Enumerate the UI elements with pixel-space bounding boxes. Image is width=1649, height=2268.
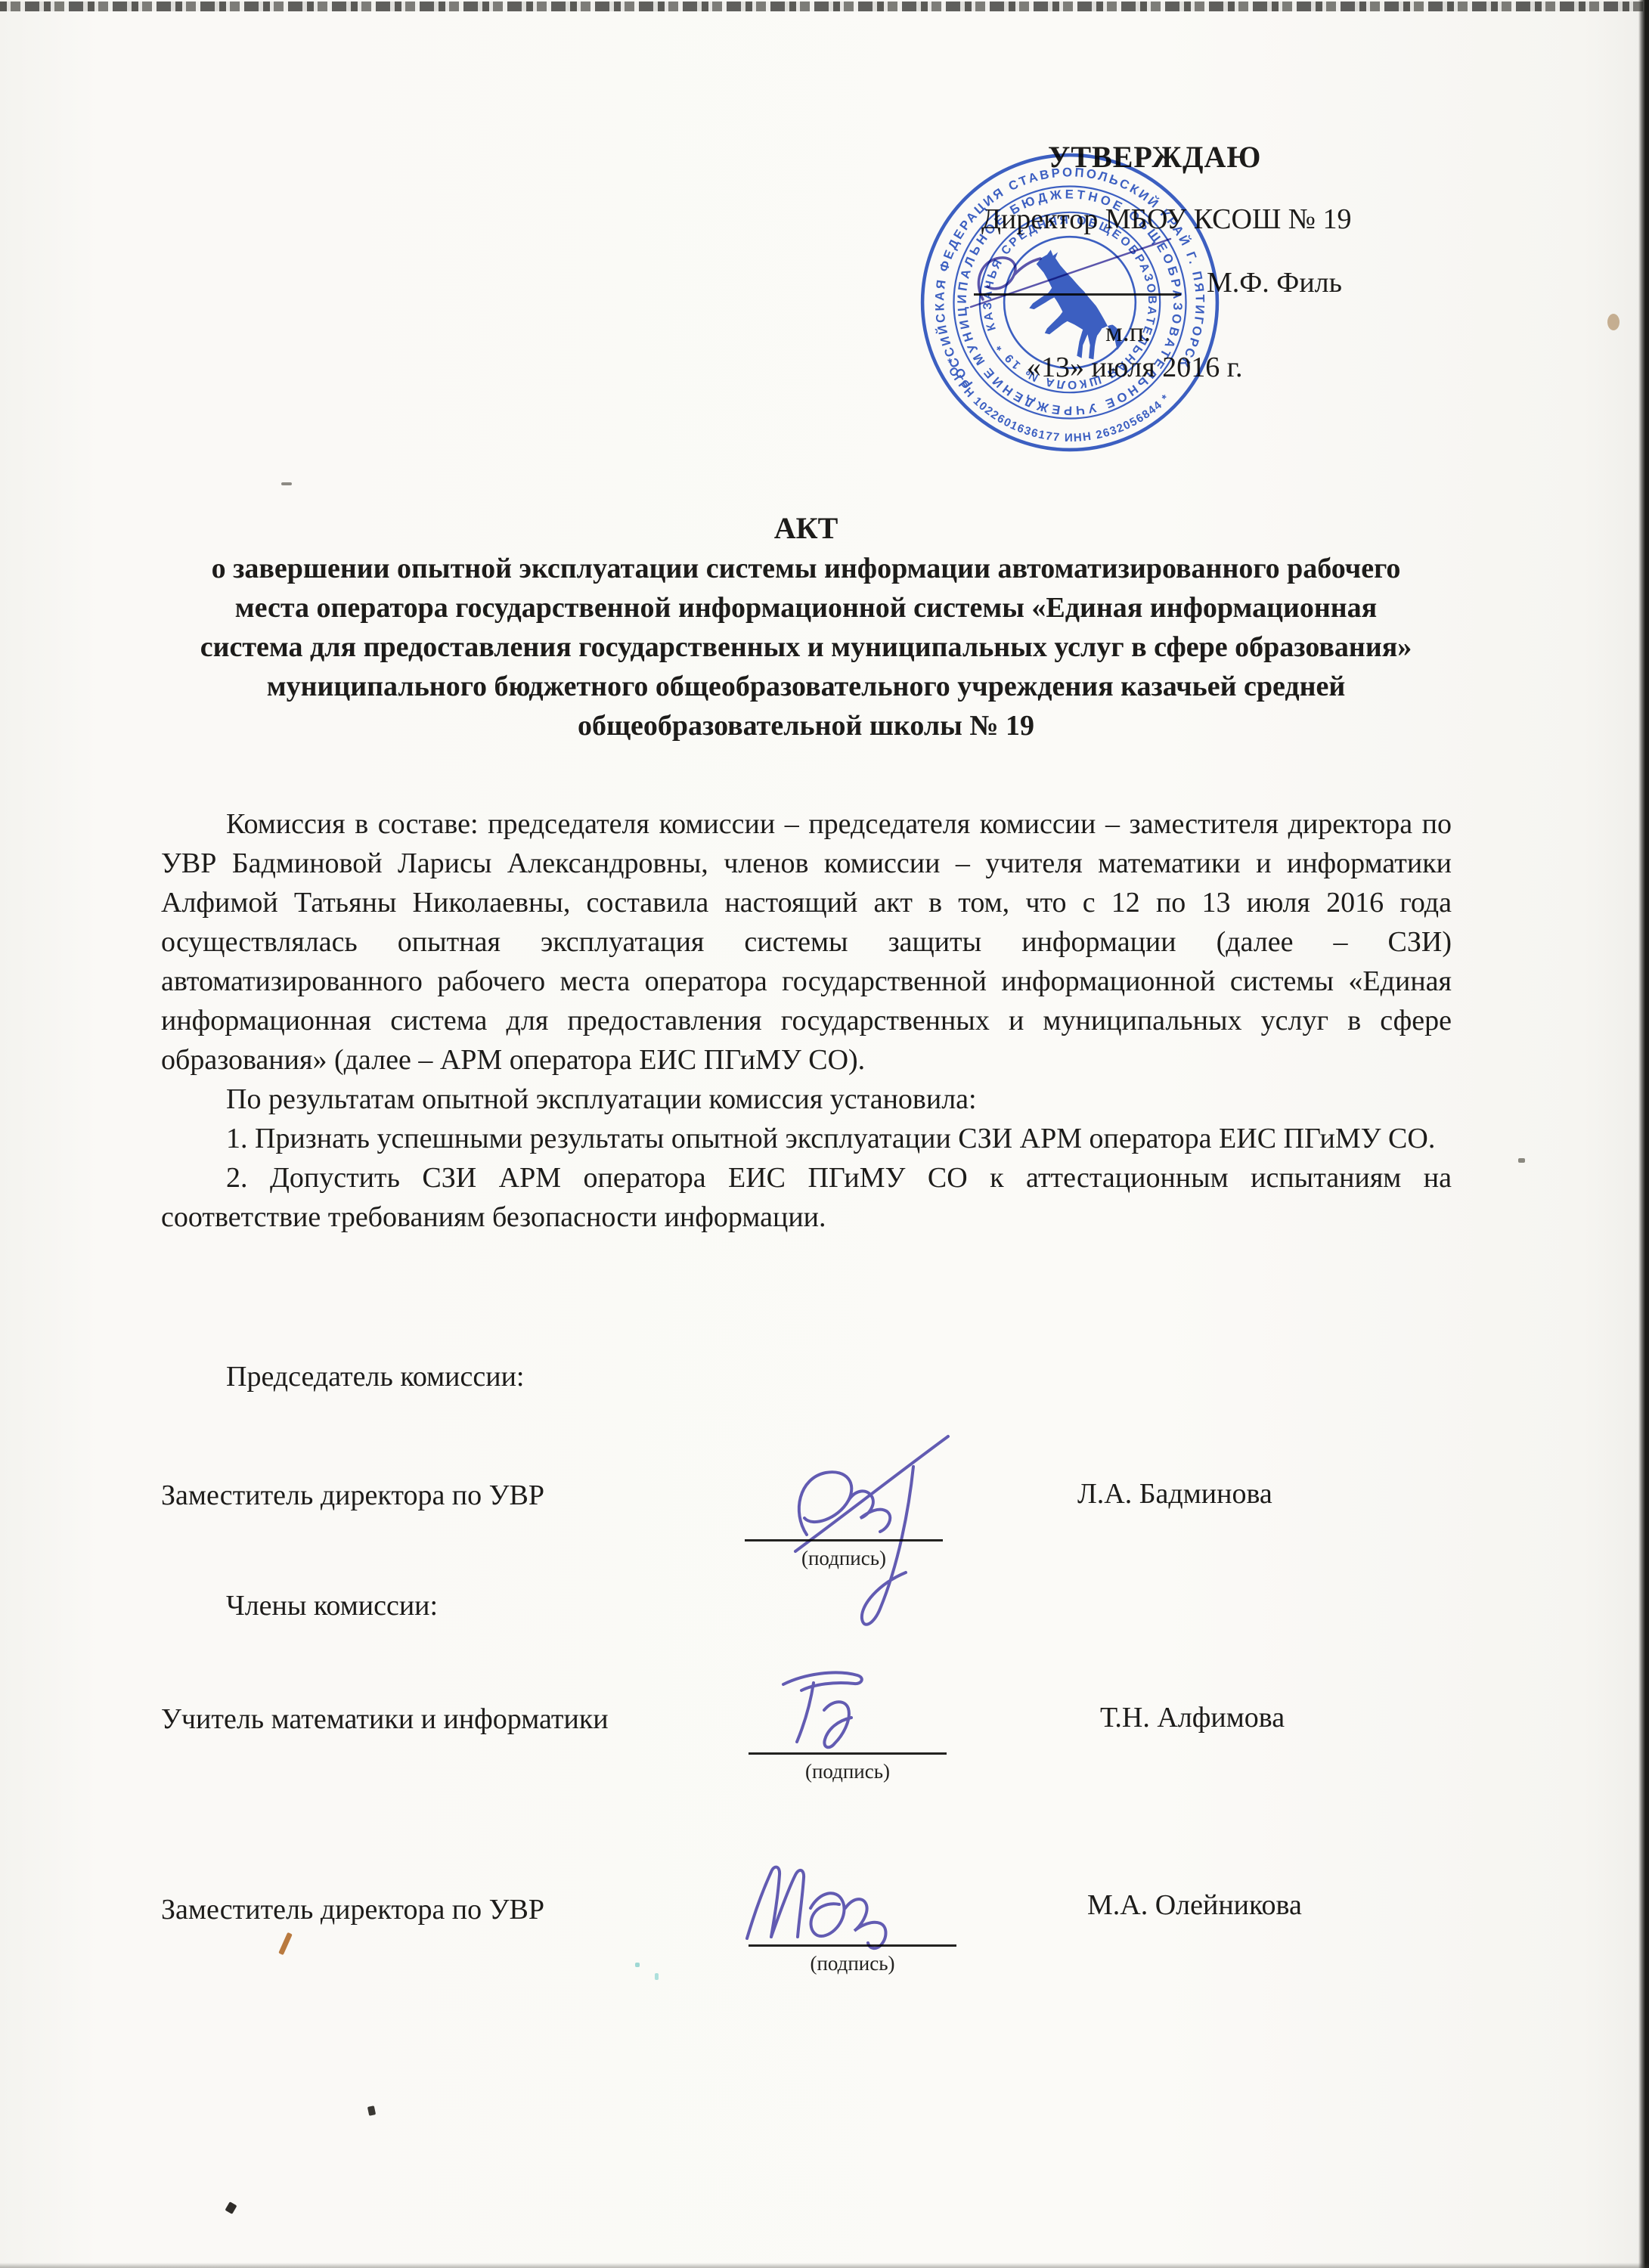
document-title-block: АКТ о завершении опытной эксплуатации си… (159, 508, 1453, 745)
scan-speck (281, 482, 292, 485)
member-signature-ink (770, 1654, 883, 1768)
scan-speck (225, 2201, 237, 2214)
members-heading: Члены комиссии: (226, 1588, 438, 1624)
document-body: Комиссия в составе: председателя комисси… (161, 804, 1452, 1237)
chairman-heading: Председатель комиссии: (226, 1359, 524, 1395)
scan-speck (655, 1973, 659, 1980)
scan-speck (367, 2105, 376, 2116)
scan-speck (635, 1963, 640, 1967)
body-paragraph-committee: Комиссия в составе: председателя комисси… (161, 804, 1452, 1080)
signer-position: Учитель математики и информатики (161, 1701, 609, 1737)
title-line: муниципального бюджетного общеобразовате… (159, 667, 1453, 706)
signer-name: Л.А. Бадминова (1077, 1476, 1272, 1512)
document-title: АКТ (159, 508, 1453, 549)
director-name: М.Ф. Филь (1207, 265, 1342, 301)
body-item-1: 1. Признать успешными результаты опытной… (161, 1119, 1452, 1158)
member-signature-ink (765, 1421, 969, 1637)
scan-speck (1518, 1158, 1525, 1163)
director-signature-ink (962, 227, 1189, 325)
signer-name: М.А. Олейникова (1087, 1887, 1302, 1923)
member-signature-ink (735, 1843, 909, 1972)
scan-edge-right (1638, 0, 1649, 2268)
scan-edge-top (0, 2, 1649, 11)
scan-speck (278, 1932, 293, 1955)
scanned-act-document: УТВЕРЖДАЮ Директор МБОУ КСОШ № 19 М.Ф. Ф… (0, 0, 1649, 2268)
title-line: система для предоставления государственн… (159, 627, 1453, 667)
signer-position: Заместитель директора по УВР (161, 1892, 544, 1928)
signer-name: Т.Н. Алфимова (1100, 1699, 1285, 1736)
body-item-2: 2. Допустить СЗИ АРМ оператора ЕИС ПГиМУ… (161, 1158, 1452, 1237)
title-line: общеобразовательной школы № 19 (159, 706, 1453, 745)
scan-speck (1607, 314, 1620, 330)
body-paragraph-results: По результатам опытной эксплуатации коми… (161, 1080, 1452, 1119)
scan-edge-bottom (0, 2263, 1649, 2268)
signer-position: Заместитель директора по УВР (161, 1477, 544, 1514)
title-line: о завершении опытной эксплуатации систем… (159, 549, 1453, 588)
title-line: места оператора государственной информац… (159, 588, 1453, 627)
